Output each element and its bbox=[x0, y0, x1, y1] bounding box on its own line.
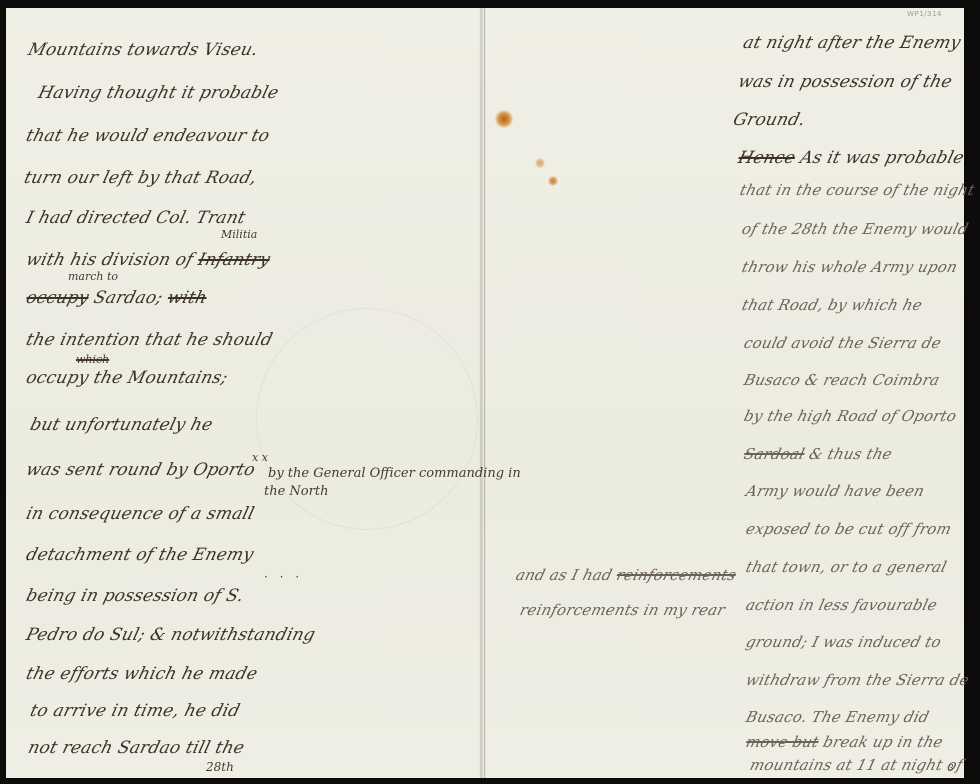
handwritten-line: but unfortunately he bbox=[28, 415, 215, 435]
handwritten-line: being in possession of S. bbox=[24, 586, 246, 606]
line-text: was sent round by Oporto bbox=[24, 460, 257, 480]
handwritten-line: withdraw from the Sierra de bbox=[744, 671, 971, 689]
handwritten-line: mountains at 11 at night of bbox=[748, 756, 965, 774]
handwritten-line: I had directed Col. Trant bbox=[24, 208, 248, 228]
handwritten-line: that in the course of the night bbox=[738, 181, 977, 199]
handwritten-line: the intention that he should bbox=[24, 330, 275, 350]
line-text: Sardao; bbox=[92, 288, 171, 308]
handwritten-line: occupy Sardao; with bbox=[24, 288, 209, 308]
handwritten-line: Busaco. The Enemy did bbox=[744, 708, 931, 726]
right-page: at night after the Enemy was in possessi… bbox=[486, 8, 964, 778]
handwritten-line: Mountains towards Viseu. bbox=[26, 40, 260, 60]
handwritten-line: at night after the Enemy bbox=[741, 33, 963, 53]
handwritten-line: that town, or to a general bbox=[744, 558, 949, 576]
stray-marks: · · · bbox=[264, 570, 303, 584]
margin-note: by the General Officer commanding in bbox=[268, 466, 521, 481]
margin-note-line2: the North bbox=[264, 484, 328, 499]
handwritten-line: not reach Sardao till the bbox=[26, 738, 247, 758]
struck-word: Infantry bbox=[196, 250, 272, 270]
handwritten-line: was sent round by Oporto bbox=[24, 460, 257, 480]
handwritten-line: occupy the Mountains; bbox=[24, 368, 230, 388]
handwritten-line: Army would have been bbox=[744, 482, 926, 500]
struck-word: Sardoal bbox=[742, 445, 807, 463]
page-number: 3 bbox=[948, 764, 954, 774]
handwritten-line: could avoid the Sierra de bbox=[742, 334, 943, 352]
handwritten-line: that he would endeavour to bbox=[24, 126, 272, 146]
handwritten-line: Hence As it was probable bbox=[736, 148, 966, 168]
handwritten-line: Ground. bbox=[731, 110, 808, 130]
handwritten-line: that Road, by which he bbox=[740, 296, 924, 314]
handwritten-line: in consequence of a small bbox=[24, 504, 256, 524]
line-text: & thus the bbox=[807, 445, 894, 463]
struck-word: move but bbox=[744, 733, 821, 751]
struck-word: with bbox=[165, 288, 209, 308]
handwritten-line: throw his whole Army upon bbox=[740, 258, 959, 276]
document-sheet: WP1/314 Mountains towards Viseu. Having … bbox=[6, 8, 964, 778]
handwritten-line: of the 28th the Enemy would bbox=[740, 220, 970, 238]
handwritten-line: move but break up in the bbox=[744, 733, 945, 751]
handwritten-line: action in less favourable bbox=[744, 596, 939, 614]
handwritten-line: Having thought it probable bbox=[36, 83, 281, 103]
struck-interlinear: which bbox=[76, 353, 109, 366]
struck-word: occupy bbox=[24, 288, 91, 308]
handwritten-line: turn our left by that Road, bbox=[22, 168, 259, 188]
handwritten-line: to arrive in time, he did bbox=[28, 701, 242, 721]
interlinear-insertion: march to bbox=[68, 270, 118, 283]
handwritten-line: was in possession of the bbox=[736, 72, 954, 92]
handwritten-line: ground; I was induced to bbox=[744, 633, 943, 651]
left-page: Mountains towards Viseu. Having thought … bbox=[6, 8, 484, 778]
line-text: with his division of bbox=[24, 250, 201, 270]
interlinear-insertion: Militia bbox=[221, 228, 257, 241]
struck-word: Hence bbox=[736, 148, 797, 168]
date-superscript: 28th bbox=[206, 760, 234, 774]
handwritten-line: detachment of the Enemy bbox=[24, 545, 256, 565]
line-text: As it was probable bbox=[798, 148, 966, 168]
handwritten-line: Pedro do Sul; & notwithstanding bbox=[24, 625, 317, 645]
line-text: break up in the bbox=[821, 733, 945, 751]
handwritten-line: exposed to be cut off from bbox=[744, 520, 953, 538]
handwritten-line: by the high Road of Oporto bbox=[742, 407, 959, 425]
handwritten-line: Busaco & reach Coimbra bbox=[742, 371, 942, 389]
handwritten-line: Sardoal & thus the bbox=[742, 445, 894, 463]
handwritten-line: with his division of Infantry bbox=[24, 250, 272, 270]
handwritten-line: the efforts which he made bbox=[24, 664, 260, 684]
